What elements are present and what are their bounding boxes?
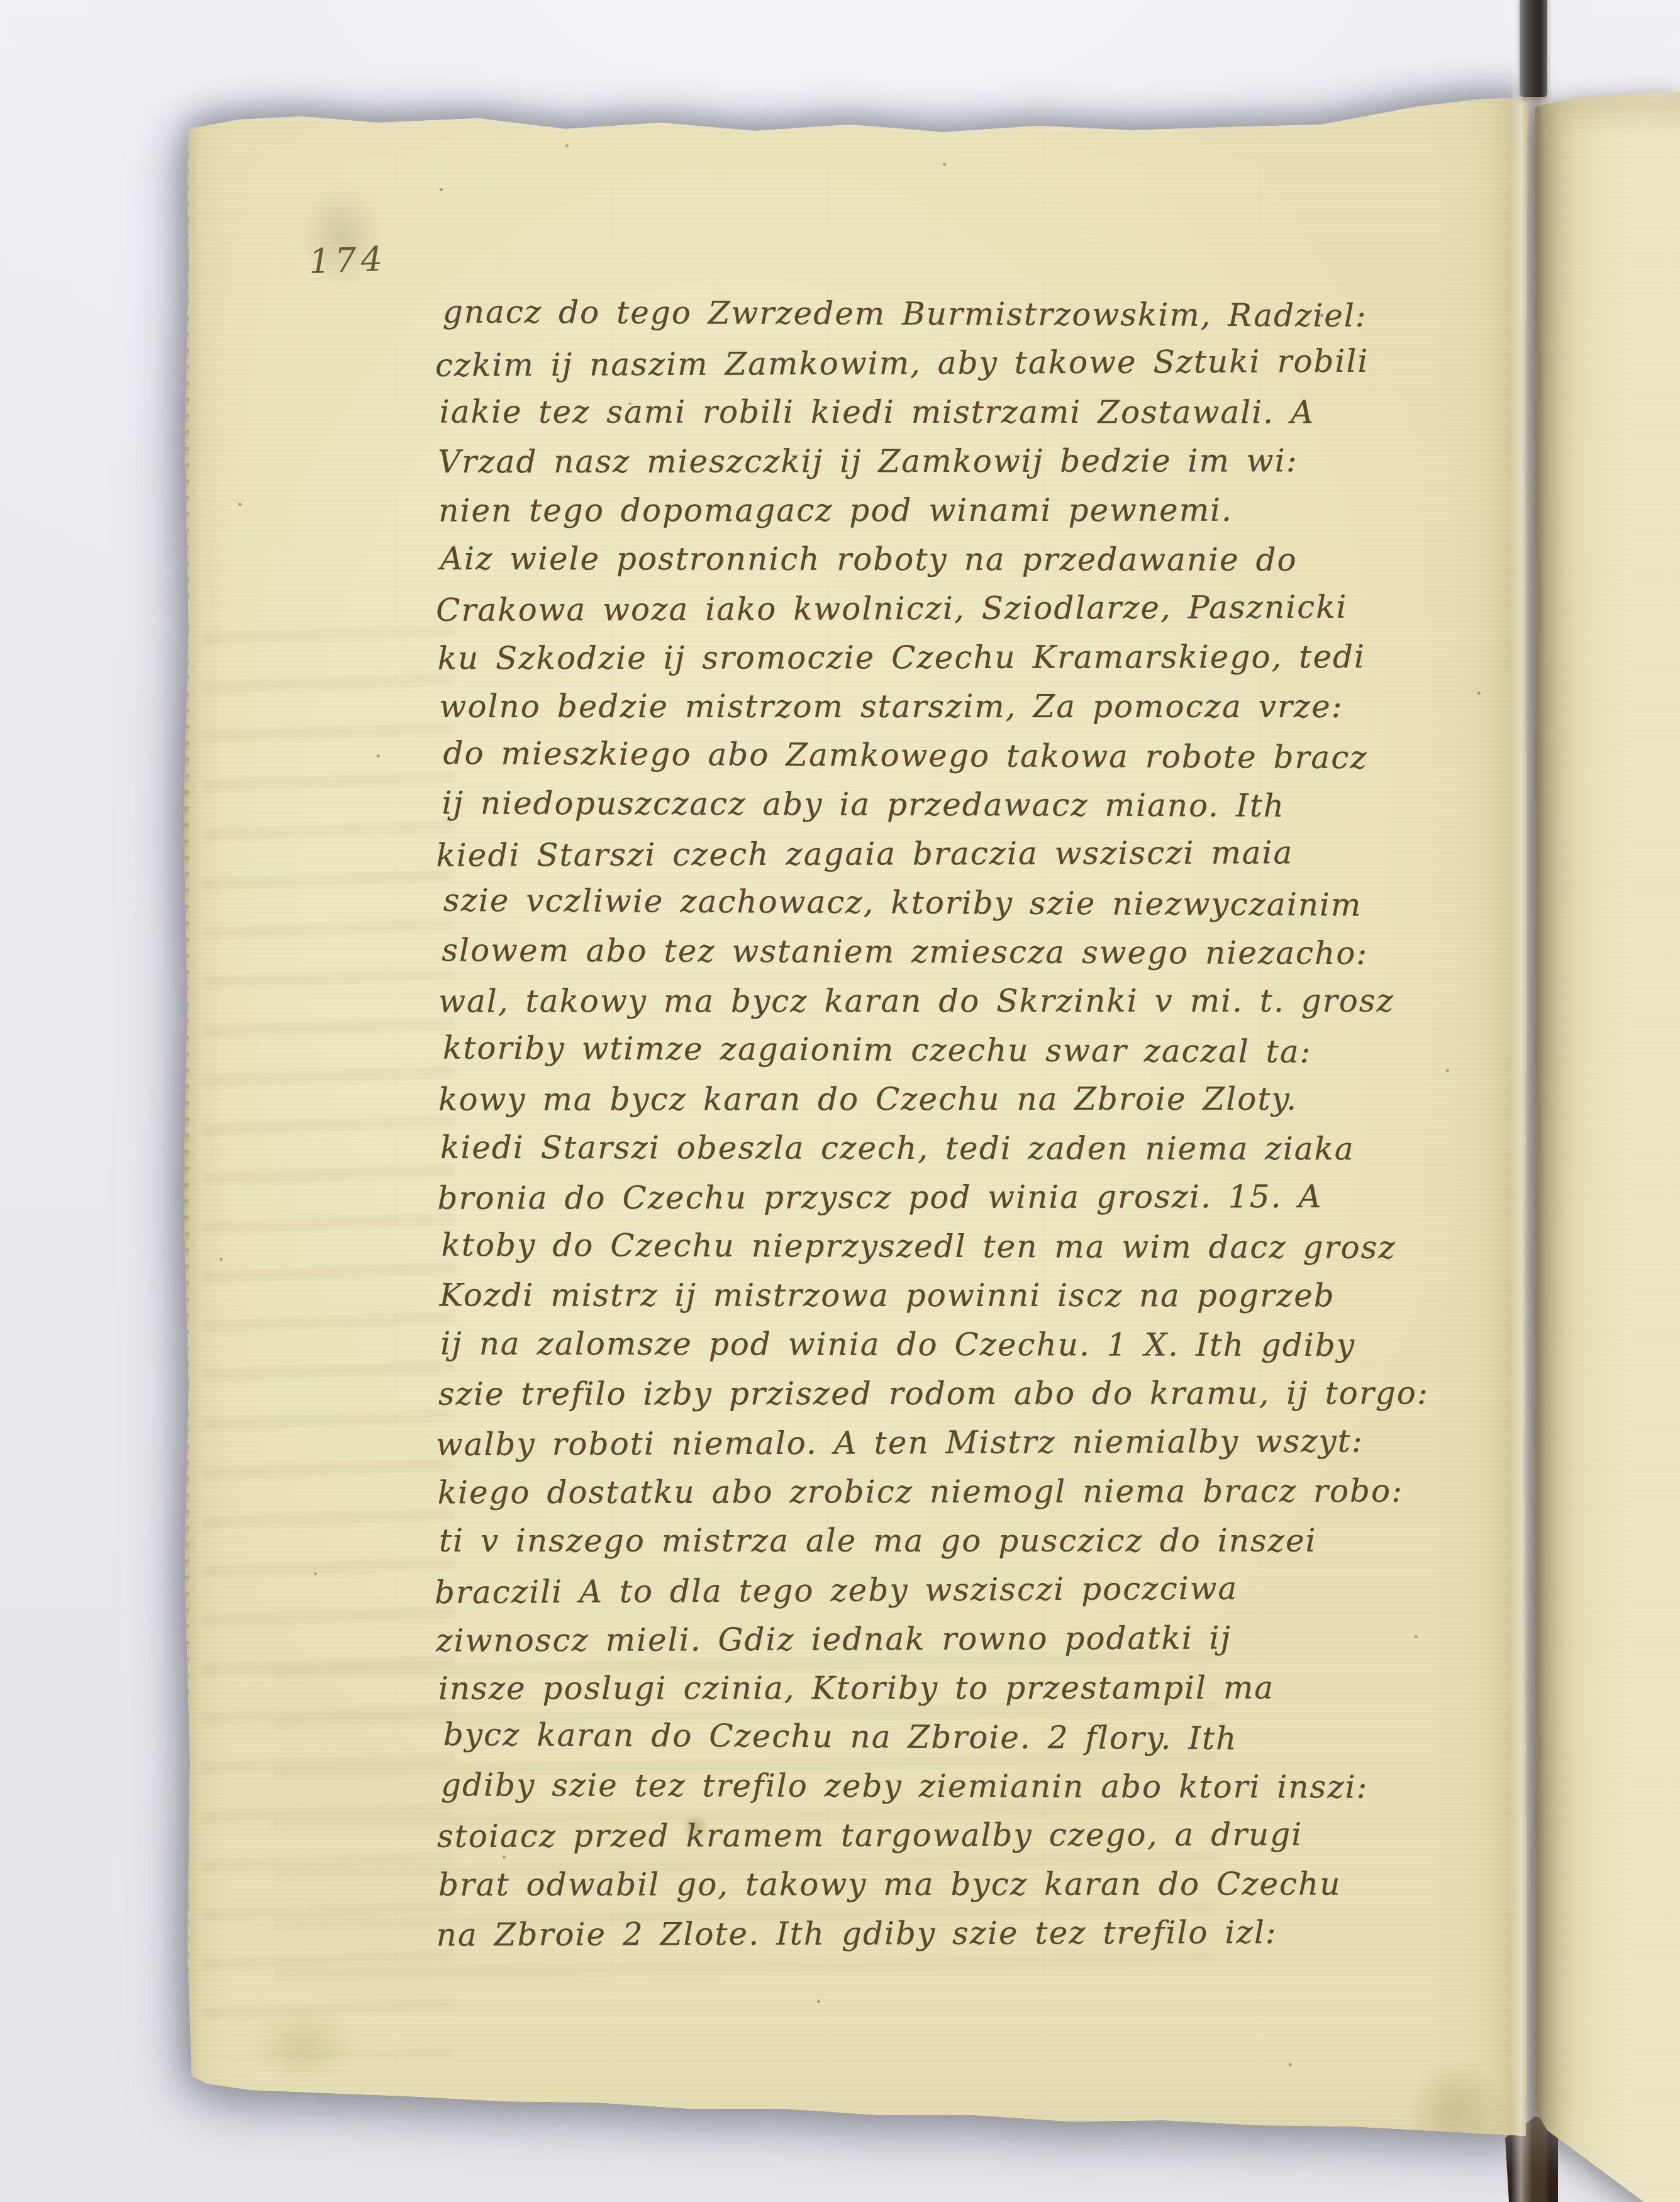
text-line: do mieszkiego abo Zamkowego takowa robot… xyxy=(443,729,1449,783)
text-line: insze poslugi czinia, Ktoriby to przesta… xyxy=(438,1663,1445,1713)
text-line: slowem abo tez wstaniem zmiescza swego n… xyxy=(442,925,1448,978)
manuscript-text: gnacz do tego Zwrzedem Burmistrzowskim, … xyxy=(439,289,1445,1958)
paper-stain xyxy=(247,2007,360,2082)
text-line: ziwnoscz mieli. Gdiz iednak rowno podatk… xyxy=(436,1612,1442,1665)
text-line: nien tego dopomagacz pod winami pewnemi. xyxy=(438,486,1445,535)
bleed-through-texture xyxy=(203,610,455,2057)
paper-texture xyxy=(1535,92,1680,2202)
text-line: na Zbroie 2 Zlote. Ith gdiby szie tez tr… xyxy=(437,1908,1443,1960)
page-edge-stack xyxy=(178,120,189,2152)
text-line: Crakowa woza iako kwolniczi, Sziodlarze,… xyxy=(436,582,1442,635)
text-line: kowy ma bycz karan do Czechu na Zbroie Z… xyxy=(438,1074,1445,1124)
text-line: wal, takowy ma bycz karan do Skrzinki v … xyxy=(438,976,1445,1026)
text-line: ij niedopuszczacz aby ia przedawacz mian… xyxy=(442,778,1448,830)
text-line: stoiacz przed kramem targowalby czego, a… xyxy=(437,1809,1444,1861)
text-line: brat odwabil go, takowy ma bycz karan do… xyxy=(438,1859,1445,1909)
text-line: ij na zalomsze pod winia do Czechu. 1 X.… xyxy=(440,1319,1447,1370)
holder-rod xyxy=(1520,0,1547,97)
manuscript-page-wrap: 174 gnacz do tego Zwrzedem Burmistrzowsk… xyxy=(178,82,1527,2152)
manuscript-page: 174 gnacz do tego Zwrzedem Burmistrzowsk… xyxy=(178,82,1527,2152)
text-line: Kozdi mistrz ij mistrzowa powinni iscz n… xyxy=(440,1271,1446,1321)
facing-page xyxy=(1535,92,1680,2202)
text-line: kiedi Starszi obeszla czech, tedi zaden … xyxy=(440,1123,1447,1174)
text-line: bycz karan do Czechu na Zbroie. 2 flory.… xyxy=(443,1710,1450,1764)
text-line: szie trefilo izby prziszed rodom abo do … xyxy=(438,1368,1445,1418)
text-line: braczili A to dla tego zeby wszisczi poc… xyxy=(435,1563,1441,1617)
text-line: Vrzad nasz mieszczkij ij Zamkowij bedzie… xyxy=(438,436,1444,486)
page-holder-strip xyxy=(1511,0,1550,2202)
text-line: ktoby do Czechu nieprzyszedl ten ma wim … xyxy=(441,1221,1447,1272)
text-line: czkim ij naszim Zamkowim, aby takowe Szt… xyxy=(435,336,1442,390)
text-line: ku Szkodzie ij sromoczie Czechu Kramarsk… xyxy=(438,632,1444,683)
ink-specks xyxy=(178,82,180,84)
scan-backdrop: 174 gnacz do tego Zwrzedem Burmistrzowsk… xyxy=(0,0,1680,2202)
text-line: gdiby szie tez trefilo zeby ziemianin ab… xyxy=(441,1760,1447,1812)
text-line: wolno bedzie mistrzom starszim, Za pomoc… xyxy=(440,682,1446,732)
text-line: walby roboti niemalo. A ten Mistrz niemi… xyxy=(436,1416,1442,1469)
text-line: Aiz wiele postronnich roboty na przedawa… xyxy=(440,534,1447,584)
text-line: kiego dostatku abo zrobicz niemogl niema… xyxy=(438,1467,1444,1517)
text-line: ktoriby wtimze zagaionim czechu swar zac… xyxy=(443,1023,1449,1076)
text-line: bronia do Czechu przyscz pod winia grosz… xyxy=(437,1171,1444,1222)
text-line: ti v inszego mistrza ale ma go pusczicz … xyxy=(439,1516,1445,1565)
text-line: gnacz do tego Zwrzedem Burmistrzowskim, … xyxy=(443,288,1449,341)
text-line: iakie tez sami robili kiedi mistrzami Zo… xyxy=(440,388,1446,437)
text-line: kiedi Starszi czech zagaia braczia wszis… xyxy=(436,827,1442,880)
text-line: szie vczliwie zachowacz, ktoriby szie ni… xyxy=(443,876,1450,930)
paper-stain xyxy=(1408,2057,1502,2164)
folio-number: 174 xyxy=(308,239,387,281)
facing-page-wrap xyxy=(1535,92,1680,2202)
